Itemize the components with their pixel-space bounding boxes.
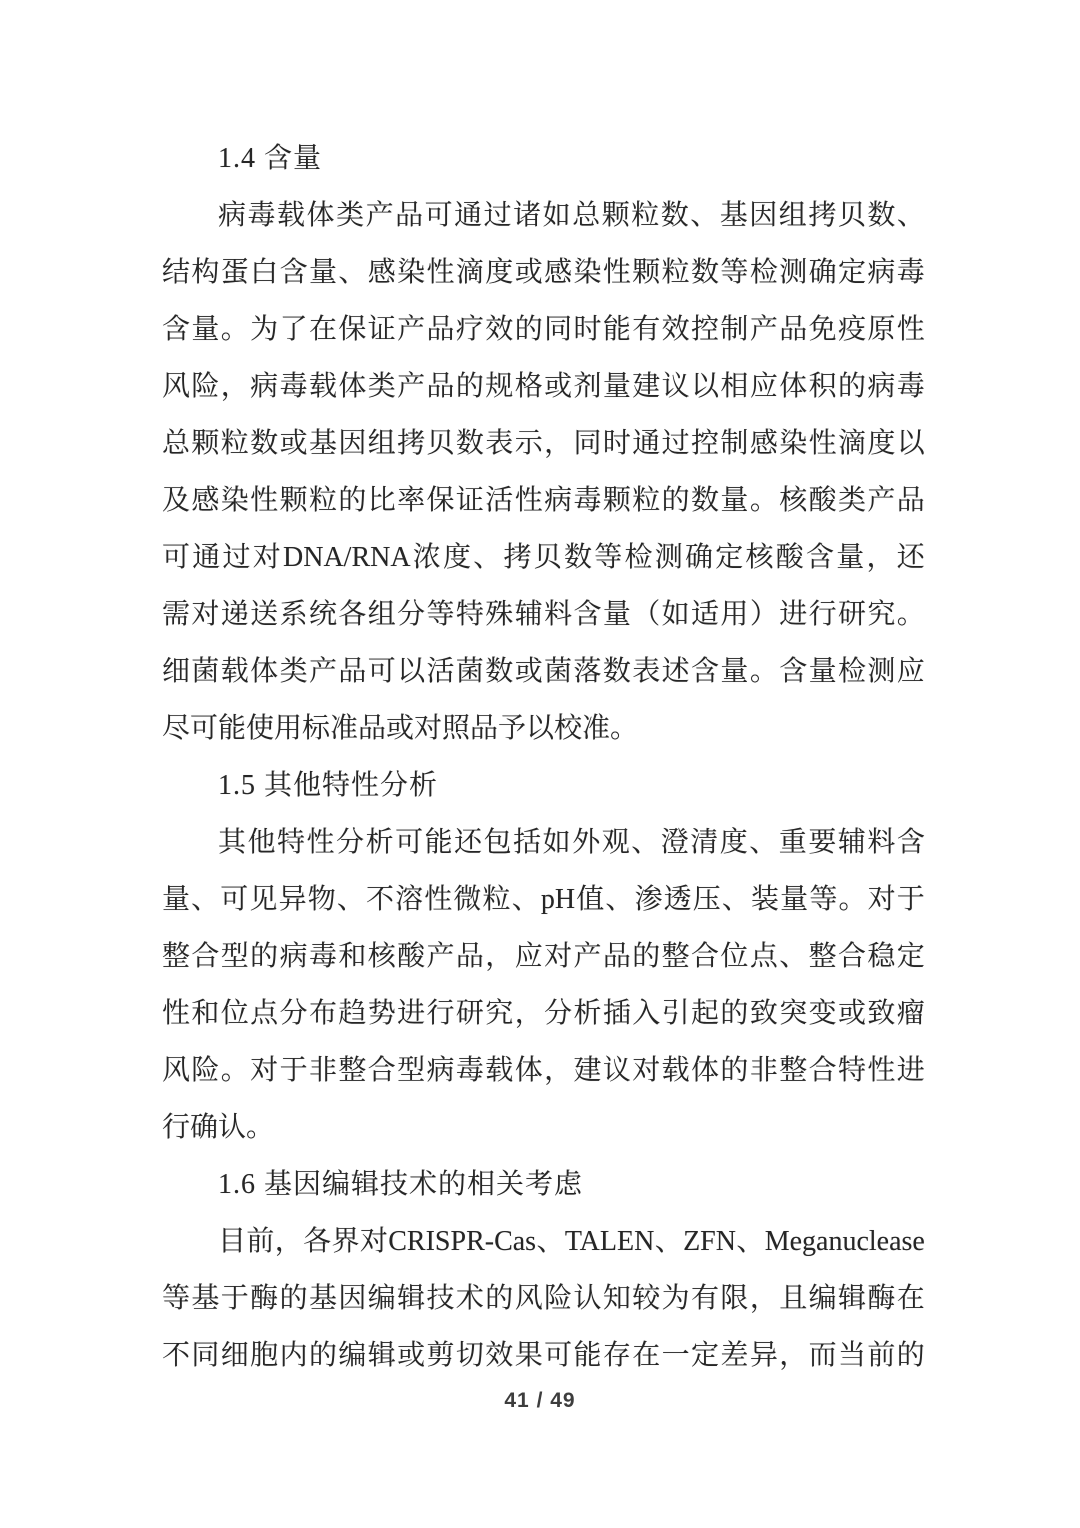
page-number: 41 / 49 [504, 1389, 575, 1412]
document-body: 1.4 含量病毒载体类产品可通过诸如总颗粒数、基因组拷贝数、结构蛋白含量、感染性… [162, 130, 925, 1384]
text-line: 总颗粒数或基因组拷贝数表示，同时通过控制感染性滴度以 [162, 415, 925, 472]
text-line: 性和位点分布趋势进行研究，分析插入引起的致突变或致瘤 [162, 985, 925, 1042]
text-line: 目前，各界对CRISPR-Cas、TALEN、ZFN、Meganuclease [162, 1213, 925, 1270]
text-line: 量、可见异物、不溶性微粒、pH值、渗透压、装量等。对于 [162, 871, 925, 928]
text-line: 不同细胞内的编辑或剪切效果可能存在一定差异，而当前的 [162, 1327, 925, 1384]
text-line: 细菌载体类产品可以活菌数或菌落数表述含量。含量检测应 [162, 643, 925, 700]
text-line: 行确认。 [162, 1099, 925, 1156]
page-footer: 41 / 49 [0, 1386, 1080, 1416]
text-line: 含量。为了在保证产品疗效的同时能有效控制产品免疫原性 [162, 301, 925, 358]
text-line: 及感染性颗粒的比率保证活性病毒颗粒的数量。核酸类产品 [162, 472, 925, 529]
text-line: 结构蛋白含量、感染性滴度或感染性颗粒数等检测确定病毒 [162, 244, 925, 301]
text-line: 病毒载体类产品可通过诸如总颗粒数、基因组拷贝数、 [162, 187, 925, 244]
section-heading: 1.6 基因编辑技术的相关考虑 [162, 1156, 925, 1213]
text-line: 其他特性分析可能还包括如外观、澄清度、重要辅料含 [162, 814, 925, 871]
text-line: 整合型的病毒和核酸产品，应对产品的整合位点、整合稳定 [162, 928, 925, 985]
text-line: 等基于酶的基因编辑技术的风险认知较为有限，且编辑酶在 [162, 1270, 925, 1327]
document-page: 1.4 含量病毒载体类产品可通过诸如总颗粒数、基因组拷贝数、结构蛋白含量、感染性… [0, 0, 1080, 1528]
text-line: 需对递送系统各组分等特殊辅料含量（如适用）进行研究。 [162, 586, 925, 643]
text-line: 风险，病毒载体类产品的规格或剂量建议以相应体积的病毒 [162, 358, 925, 415]
text-line: 尽可能使用标准品或对照品予以校准。 [162, 700, 925, 757]
text-line: 风险。对于非整合型病毒载体，建议对载体的非整合特性进 [162, 1042, 925, 1099]
section-heading: 1.4 含量 [162, 130, 925, 187]
section-heading: 1.5 其他特性分析 [162, 757, 925, 814]
text-line: 可通过对DNA/RNA浓度、拷贝数等检测确定核酸含量，还 [162, 529, 925, 586]
